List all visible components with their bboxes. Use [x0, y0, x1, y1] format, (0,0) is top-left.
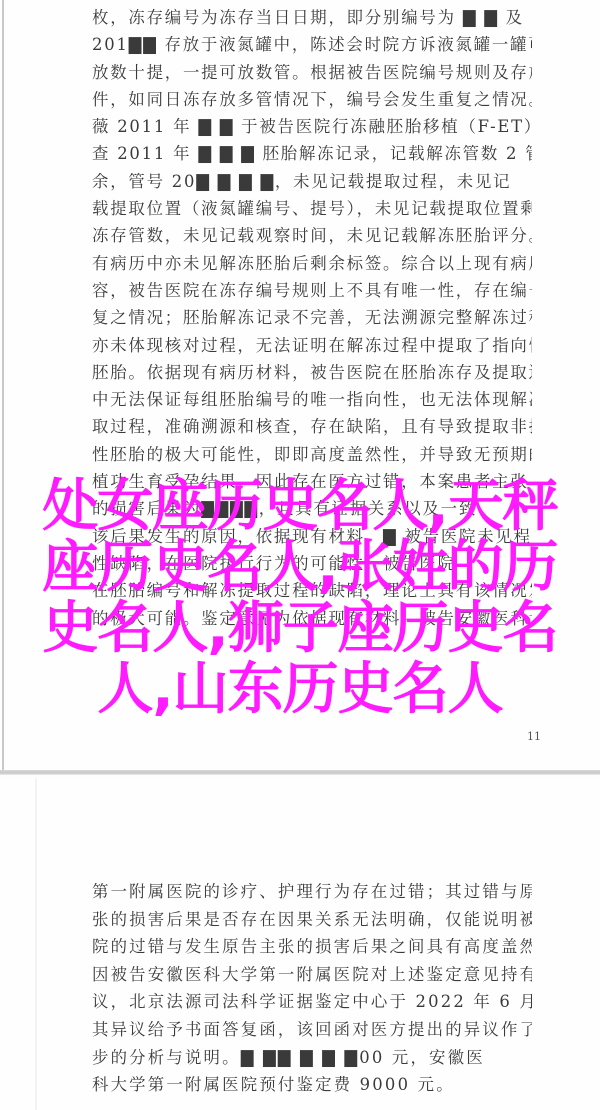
- document-page-2: 第一附属医院的诊疗、护理行为存在过错；其过错与原告主 张的损害后果是否存在因果关…: [0, 778, 600, 1110]
- overlay-title-line: 人,山东历史名人: [0, 659, 600, 720]
- text-line: 201▇▇ 存放于液氮罐中，陈述会时院方诉液氮罐一罐可: [92, 31, 532, 58]
- text-line: 性胚胎的极大可能性，即即高度盖然性，并导致无预期的: [92, 441, 532, 468]
- text-line: 冻存管数，未见记载观察时间，未见记载解冻胚胎评分。现: [92, 222, 532, 249]
- text-line: 取过程，准确溯源和核查，存在缺陷，且有导致提取非指向: [92, 413, 532, 440]
- text-line: 余，管号 20▇ ▇ ▇ ▇，未见记载提取过程，未见记: [92, 168, 532, 195]
- text-line: 步的分析与说明。▇ ▇▇ ▇ ▇ ▇00 元，安徽医: [92, 1044, 532, 1072]
- text-line: 放数十提，一提可放数管。根据被告医院编号规则及存放条: [92, 59, 532, 86]
- text-line: 容，被告医院在冻存编号规则上不具有唯一性，存在编号重: [92, 277, 532, 304]
- text-line: 其异议给予书面答复函，该回函对医方提出的异议作了进一: [92, 1016, 532, 1044]
- text-line: 张的损害后果是否存在因果关系无法明确，仅能说明被告医: [92, 906, 532, 934]
- text-line: 议，北京法源司法科学证据鉴定中心于 2022 年 6 月 20 日对: [92, 988, 532, 1016]
- text-line: 薇 2011 年 ▇ ▇ 于被告医院行冻融胚胎移植（F-ET），审: [92, 113, 532, 140]
- text-line: 第一附属医院的诊疗、护理行为存在过错；其过错与原告主: [92, 878, 532, 906]
- text-line: 查 2011 年 ▇ ▇ ▇ 胚胎解冻记录，记载解冻管数 2 管，无: [92, 140, 532, 167]
- text-line: 院的过错与发生原告主张的损害后果之间具有高度盖然性。: [92, 933, 532, 961]
- overlay-title-line: 处女座历史名人,天秤: [0, 476, 600, 537]
- page-left-shadow: [35, 778, 37, 1110]
- text-line: 复之情况；胚胎解冻记录不完善，无法溯源完整解冻过程，: [92, 304, 532, 331]
- text-line: 科大学第一附属医院预付鉴定费 9000 元。: [92, 1071, 532, 1099]
- text-line: 胚胎。依据现有病历材料，被告医院在胚胎冻存及提取过程: [92, 359, 532, 386]
- page-divider: [0, 770, 600, 775]
- text-line: 亦未体现核对过程，无法证明在解冻过程中提取了指向性的: [92, 332, 532, 359]
- text-line: 有病历中亦未见解冻胚胎后剩余标签。综合以上现有病历内: [92, 250, 532, 277]
- page-number: 11: [527, 730, 541, 743]
- overlay-title-line: 座历史名人,张姓的历: [0, 537, 600, 598]
- text-line: 载提取位置（液氮罐编号、提号），未见记载提取位置剩余: [92, 195, 532, 222]
- overlay-title-line: 史名人,狮子座历史名: [0, 598, 600, 659]
- text-line: 件，如同日冻存放多管情况下，编号会发生重复之情况。黄: [92, 86, 532, 113]
- page-2-text: 第一附属医院的诊疗、护理行为存在过错；其过错与原告主 张的损害后果是否存在因果关…: [92, 878, 532, 1099]
- text-line: 中无法保证每组胚胎编号的唯一指向性，也无法体现解冻提: [92, 386, 532, 413]
- text-line: 枚，冻存编号为冻存当日日期，即分别编号为 ▇ ▇ 及: [92, 4, 532, 31]
- overlay-title: 处女座历史名人,天秤 座历史名人,张姓的历 史名人,狮子座历史名 人,山东历史名…: [0, 476, 600, 720]
- text-line: 因被告安徽医科大学第一附属医院对上述鉴定意见持有异: [92, 961, 532, 989]
